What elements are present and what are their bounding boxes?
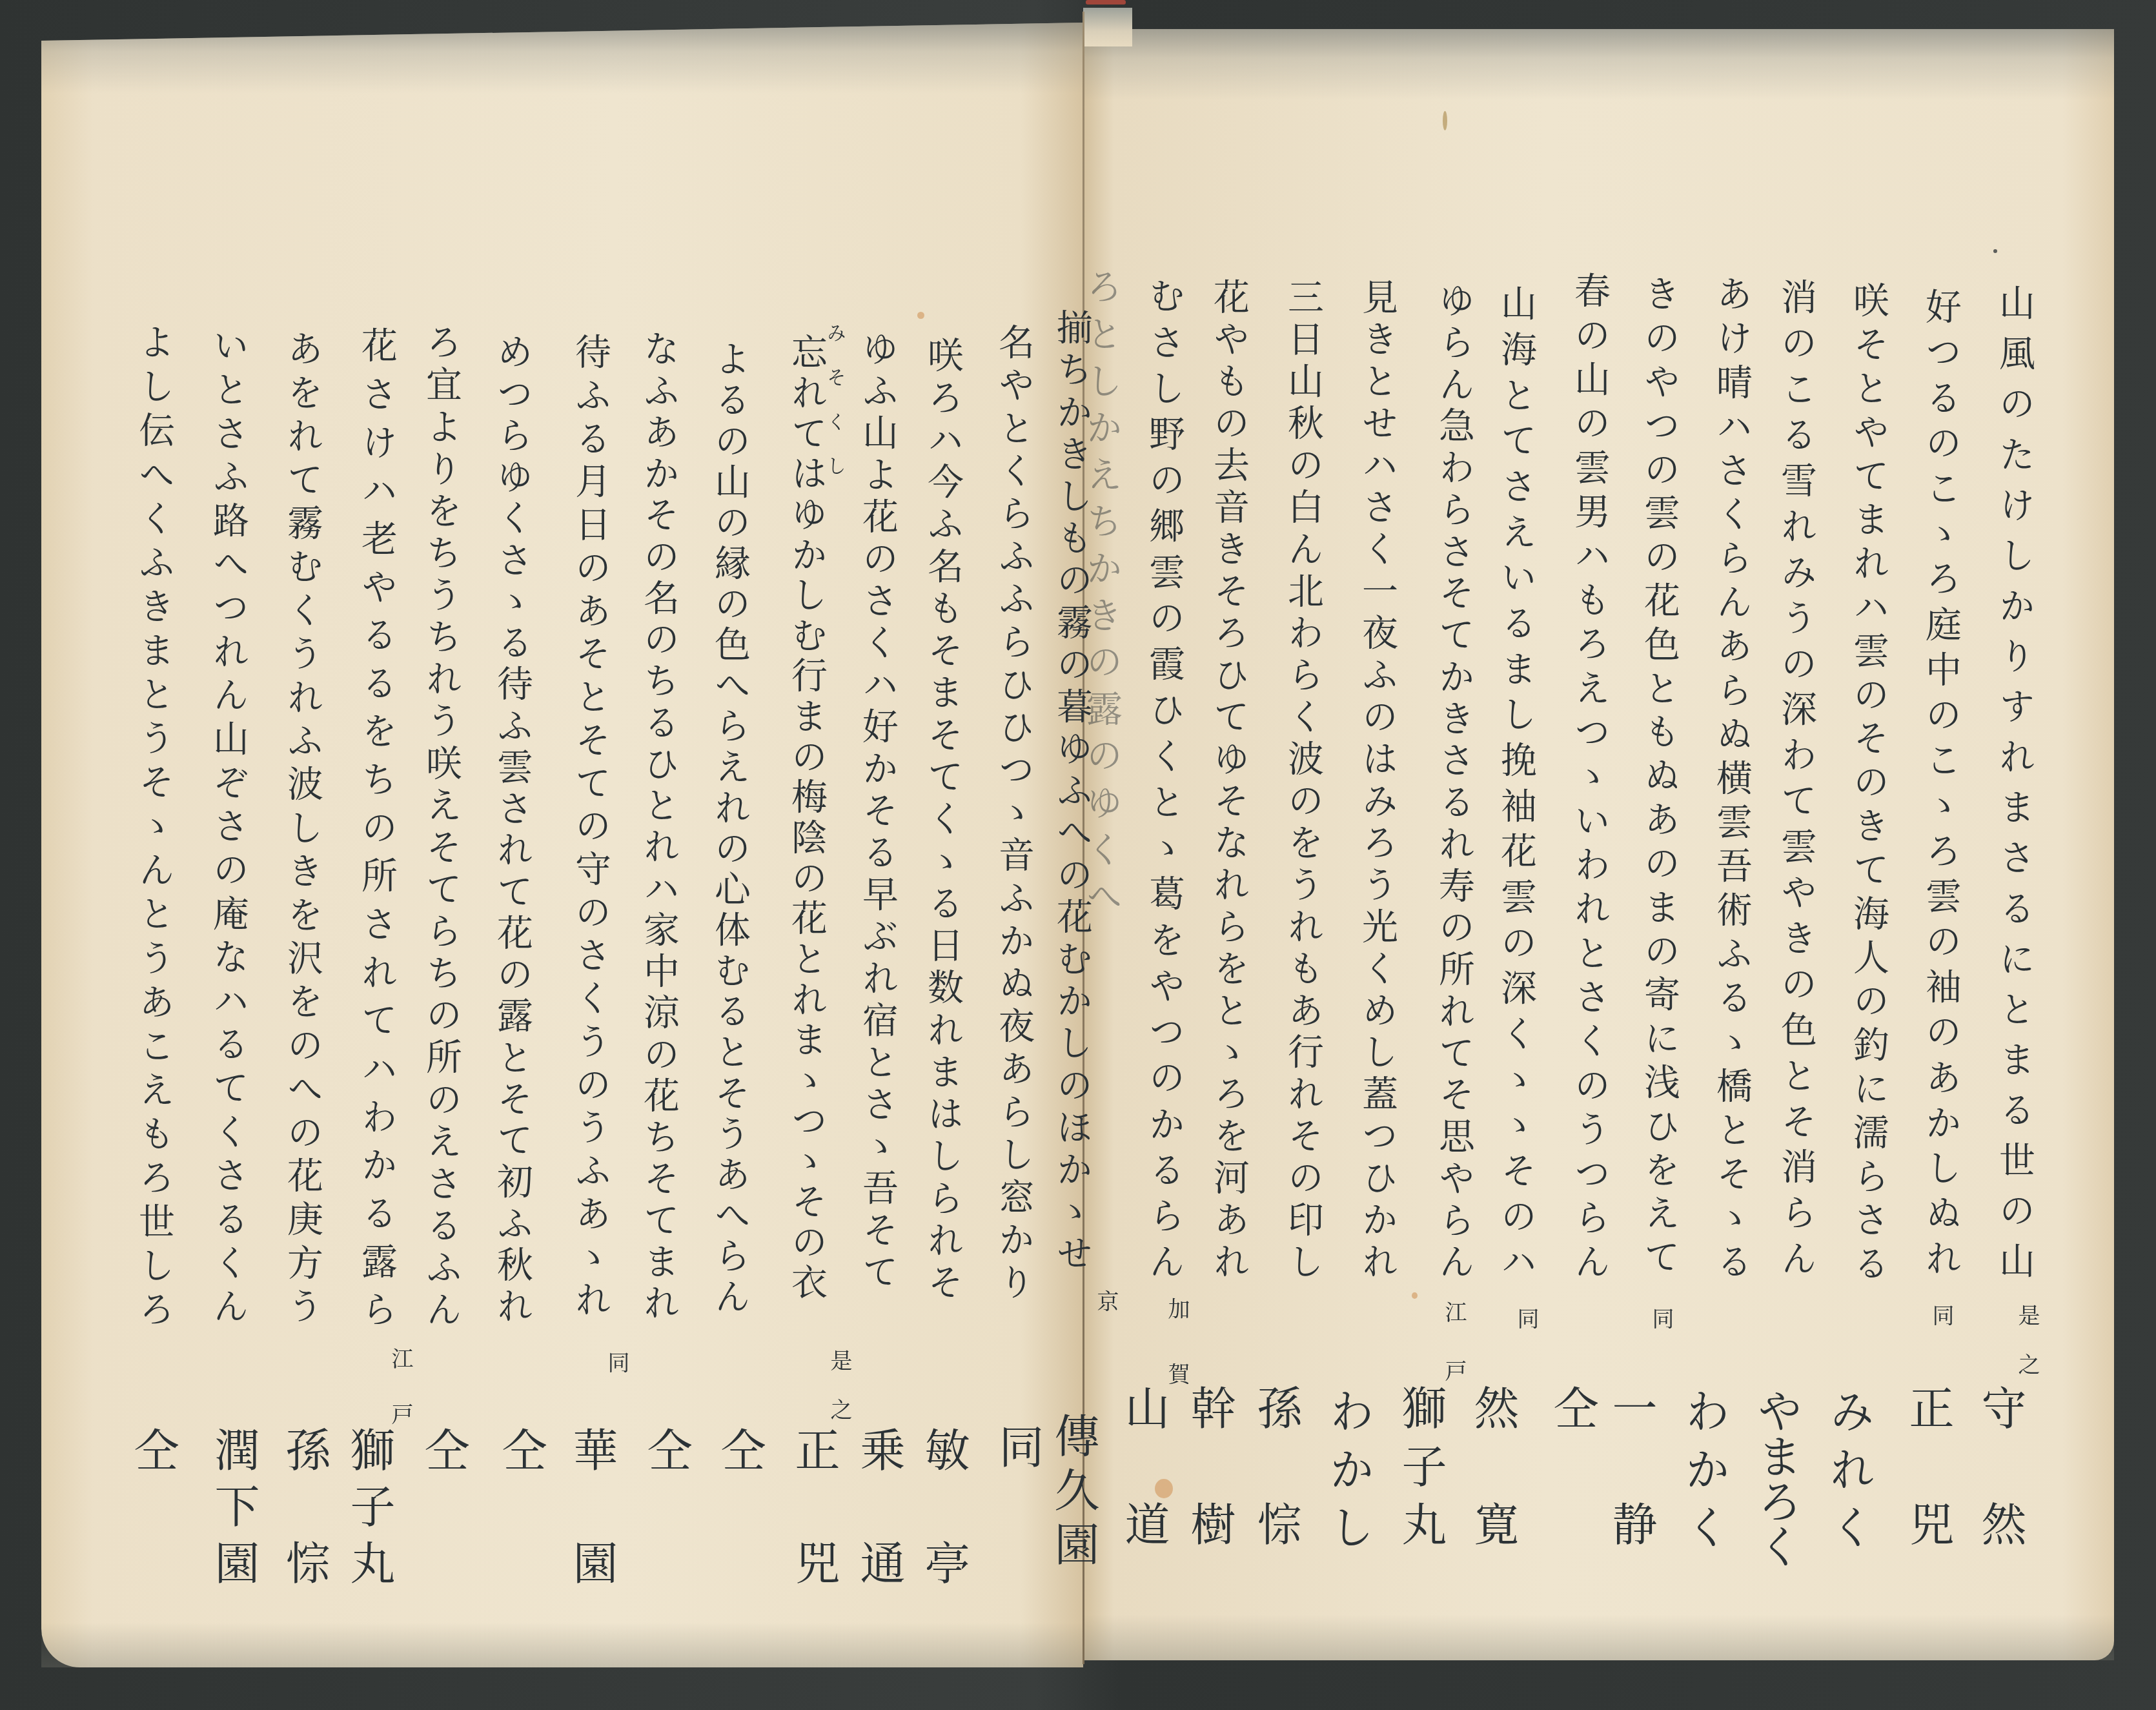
verse-column: めつらゆくさゝる待ふ雲されて花の露とそて初ふ秋れ: [491, 333, 533, 1323]
place-note: 是之: [826, 1349, 852, 1420]
author-name: 仝: [418, 1427, 469, 1585]
place-note: 同: [604, 1351, 629, 1377]
book-spread-scan: 山風のたけしかりすれまさるにとまる世の山 好つるのこゝろ庭中のこゝろ雲の袖のあか…: [0, 0, 2156, 1710]
verse-column: ろ宜よりをちうちれう咲えそてらちの所のえさるふん: [420, 323, 462, 1327]
verse-column: 咲ろハ今ふ名もそまそてくゝる日数れまはしられそ: [922, 336, 963, 1299]
verse-column: 名やとくらふふらひひつゝ音ふかぬ夜あらし窓かり: [993, 323, 1034, 1299]
place-note: 江戸: [387, 1347, 413, 1425]
verse-column: よし伝へくふきまとうそゝんとうあこえもろ世しろ: [133, 323, 174, 1327]
author-name: 孫悰: [279, 1427, 331, 1585]
author-name: 仝: [495, 1427, 547, 1585]
verse-column: 忘れてはゆかしむ行まの梅陰の花とれまゝつゝその衣: [786, 333, 827, 1299]
author-name: 乗通: [853, 1427, 905, 1585]
verse-column: なふあかその名のちるひとれハ家中涼の花ちそてまれ: [638, 330, 679, 1320]
left-page: 名やとくらふふらひひつゝ音ふかぬ夜あらし窓かり 咲ろハ今ふ名もそまそてくゝる日数…: [0, 0, 2156, 1710]
verse-column: よるの山の縁の色へらえれの心体むるとそうあへらん: [709, 340, 750, 1314]
verse-column: あをれて霧むくうれふ波しきを沢をのへの花庚方う: [281, 330, 323, 1323]
author-name: 華園: [566, 1427, 618, 1585]
verse-column: ゆふ山よ花のさくハ好かそる早ぶれ宿とさゝ吾そて: [857, 330, 898, 1289]
author-name: 正兕: [788, 1427, 840, 1585]
verse-column: 待ふる月日のあそとそての守のさくうのうふあゝれ: [569, 333, 611, 1317]
author-name: 敏亭: [918, 1427, 970, 1585]
author-name: 獅子丸: [343, 1427, 395, 1585]
author-name: 仝: [714, 1427, 766, 1585]
author-name: 同: [992, 1423, 1044, 1582]
author-name: 仝: [127, 1427, 179, 1585]
verse-column: 花さけハ老やるるをちの所されてハわかる露ら: [356, 327, 397, 1327]
verse-column: いとさふ路へつれん山ぞさの庵なハるてくさるくん: [207, 327, 249, 1323]
author-name: 潤下園: [208, 1427, 259, 1585]
author-name: 仝: [640, 1427, 692, 1585]
